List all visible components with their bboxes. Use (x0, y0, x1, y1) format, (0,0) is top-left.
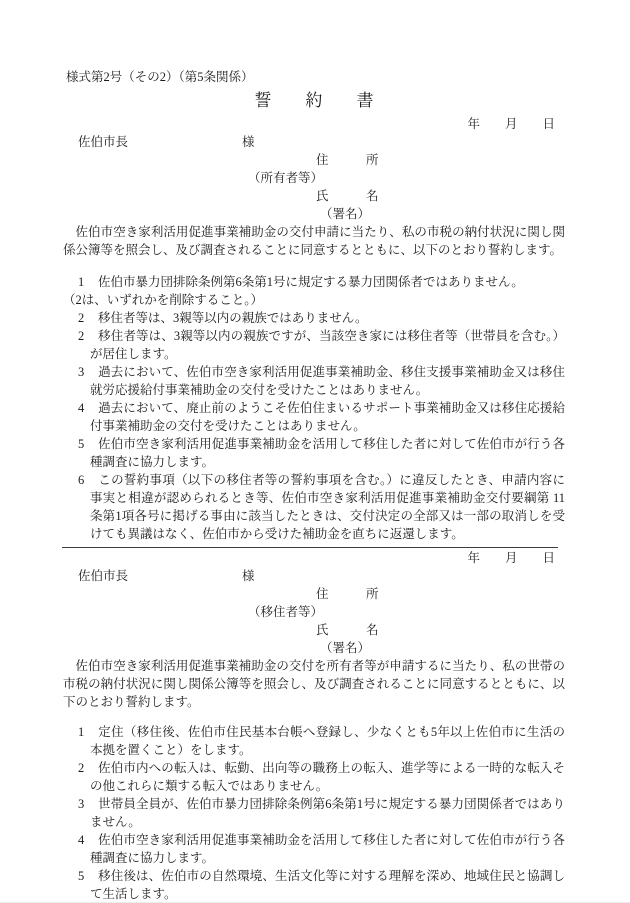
addressee-name: 佐伯市長 (78, 569, 128, 583)
pledge-item: 3過去において、佐伯市空き家利活用促進事業補助金、移住支援事業補助金又は移住就労… (78, 363, 565, 399)
item-number: 2 (78, 309, 98, 327)
item-number: 3 (78, 795, 98, 813)
addressee-name: 佐伯市長 (78, 135, 128, 149)
item-text: 佐伯市空き家利活用促進事業補助金を活用して移住した者に対して佐伯市が行う各種調査… (90, 833, 565, 865)
item-text: 移住後は、佐伯市の自然環境、生活文化等に対する理解を深め、地域住民と協調して生活… (90, 869, 565, 901)
item-text: 移住者等は、3親等以内の親族ですが、当該空き家には移住者等（世帯員を含む。）が居… (90, 329, 565, 361)
item-number: 1 (78, 723, 98, 741)
name-label: 氏 名 (316, 187, 565, 205)
pledge-document-page: 様式第2号（その2）（第5条関係） 誓 約 書 年 月 日 佐伯市長様 住 所 … (0, 0, 630, 903)
item-number: 4 (78, 831, 98, 849)
item-number: 3 (78, 363, 98, 381)
item-text: 定住（移住後、佐伯市住民基本台帳へ登録し、少なくとも5年以上佐伯市に生活の本拠を… (90, 725, 565, 757)
addressee-honorific: 様 (242, 135, 255, 149)
pledge-item: 1佐伯市暴力団排除条例第6条第1号に規定する暴力団関係者ではありません。 (78, 273, 565, 291)
pledge-intro: 佐伯市空き家利活用促進事業補助金の交付を所有者等が申請するに当たり、私の世帯の市… (63, 657, 565, 711)
signature-label: （署名） (320, 639, 565, 657)
date-line: 年 月 日 (63, 115, 565, 133)
addressee-line: 佐伯市長様 (78, 133, 565, 151)
date-line: 年 月 日 (63, 549, 565, 567)
pledge-item: 2移住者等は、3親等以内の親族ではありません。 (78, 309, 565, 327)
deletion-note: （2は、いずれかを削除すること。） (63, 291, 565, 309)
document-content: 様式第2号（その2）（第5条関係） 誓 約 書 年 月 日 佐伯市長様 住 所 … (63, 0, 565, 903)
document-title: 誓 約 書 (63, 89, 565, 113)
owner-role-label: （所有者等） (248, 169, 565, 187)
section-divider (62, 547, 558, 548)
pledge-item: 2佐伯市内への転入は、転勤、出向等の職務上の転入、進学等による一時的な転入その他… (78, 759, 565, 795)
owner-pledge-section: 年 月 日 佐伯市長様 住 所 （所有者等） 氏 名 （署名） 佐伯市空き家利活… (63, 115, 565, 543)
pledge-item: 4佐伯市空き家利活用促進事業補助金を活用して移住した者に対して佐伯市が行う各種調… (78, 831, 565, 867)
item-number: 4 (78, 399, 98, 417)
pledge-item: 4過去において、廃止前のようこそ佐伯住まいるサポート事業補助金又は移住応援給付事… (78, 399, 565, 435)
migrant-pledge-list: 1定住（移住後、佐伯市住民基本台帳へ登録し、少なくとも5年以上佐伯市に生活の本拠… (63, 723, 565, 903)
address-label: 住 所 (316, 585, 565, 603)
owner-pledge-list: 1佐伯市暴力団排除条例第6条第1号に規定する暴力団関係者ではありません。 （2は… (63, 273, 565, 543)
item-text: 過去において、廃止前のようこそ佐伯住まいるサポート事業補助金又は移住応援給付事業… (90, 401, 565, 433)
item-number: 6 (78, 471, 98, 489)
migrant-role-label: （移住者等） (248, 603, 565, 621)
addressee-honorific: 様 (242, 569, 255, 583)
item-text: 移住者等は、3親等以内の親族ではありません。 (98, 311, 368, 325)
addressee-line: 佐伯市長様 (78, 567, 565, 585)
pledge-intro: 佐伯市空き家利活用促進事業補助金の交付申請に当たり、私の市税の納付状況に関し関係… (63, 223, 565, 259)
pledge-item: 5佐伯市空き家利活用促進事業補助金を活用して移住した者に対して佐伯市が行う各種調… (78, 435, 565, 471)
item-number: 2 (78, 759, 98, 777)
signature-label: （署名） (320, 205, 565, 223)
pledge-item: 3世帯員全員が、佐伯市暴力団排除条例第6条第1号に規定する暴力団関係者ではありま… (78, 795, 565, 831)
item-number: 2 (78, 327, 98, 345)
pledge-item: 6この誓約事項（以下の移住者等の誓約事項を含む。）に違反したとき、申請内容に事実… (78, 471, 565, 543)
name-label: 氏 名 (316, 621, 565, 639)
item-text: 世帯員全員が、佐伯市暴力団排除条例第6条第1号に規定する暴力団関係者ではありませ… (90, 797, 565, 829)
migrant-pledge-section: 年 月 日 佐伯市長様 住 所 （移住者等） 氏 名 （署名） 佐伯市空き家利活… (63, 549, 565, 903)
item-text: 佐伯市内への転入は、転勤、出向等の職務上の転入、進学等による一時的な転入その他こ… (90, 761, 565, 793)
item-text: 過去において、佐伯市空き家利活用促進事業補助金、移住支援事業補助金又は移住就労応… (90, 365, 565, 397)
item-number: 5 (78, 867, 98, 885)
pledge-item: 5移住後は、佐伯市の自然環境、生活文化等に対する理解を深め、地域住民と協調して生… (78, 867, 565, 903)
item-text: 佐伯市暴力団排除条例第6条第1号に規定する暴力団関係者ではありません。 (98, 275, 524, 289)
pledge-item: 2移住者等は、3親等以内の親族ですが、当該空き家には移住者等（世帯員を含む。）が… (78, 327, 565, 363)
item-number: 1 (78, 273, 98, 291)
item-text: この誓約事項（以下の移住者等の誓約事項を含む。）に違反したとき、申請内容に事実と… (90, 473, 565, 541)
address-label: 住 所 (316, 151, 565, 169)
pledge-item: 1定住（移住後、佐伯市住民基本台帳へ登録し、少なくとも5年以上佐伯市に生活の本拠… (78, 723, 565, 759)
item-number: 5 (78, 435, 98, 453)
item-text: 佐伯市空き家利活用促進事業補助金を活用して移住した者に対して佐伯市が行う各種調査… (90, 437, 565, 469)
form-number: 様式第2号（その2）（第5条関係） (66, 68, 565, 86)
